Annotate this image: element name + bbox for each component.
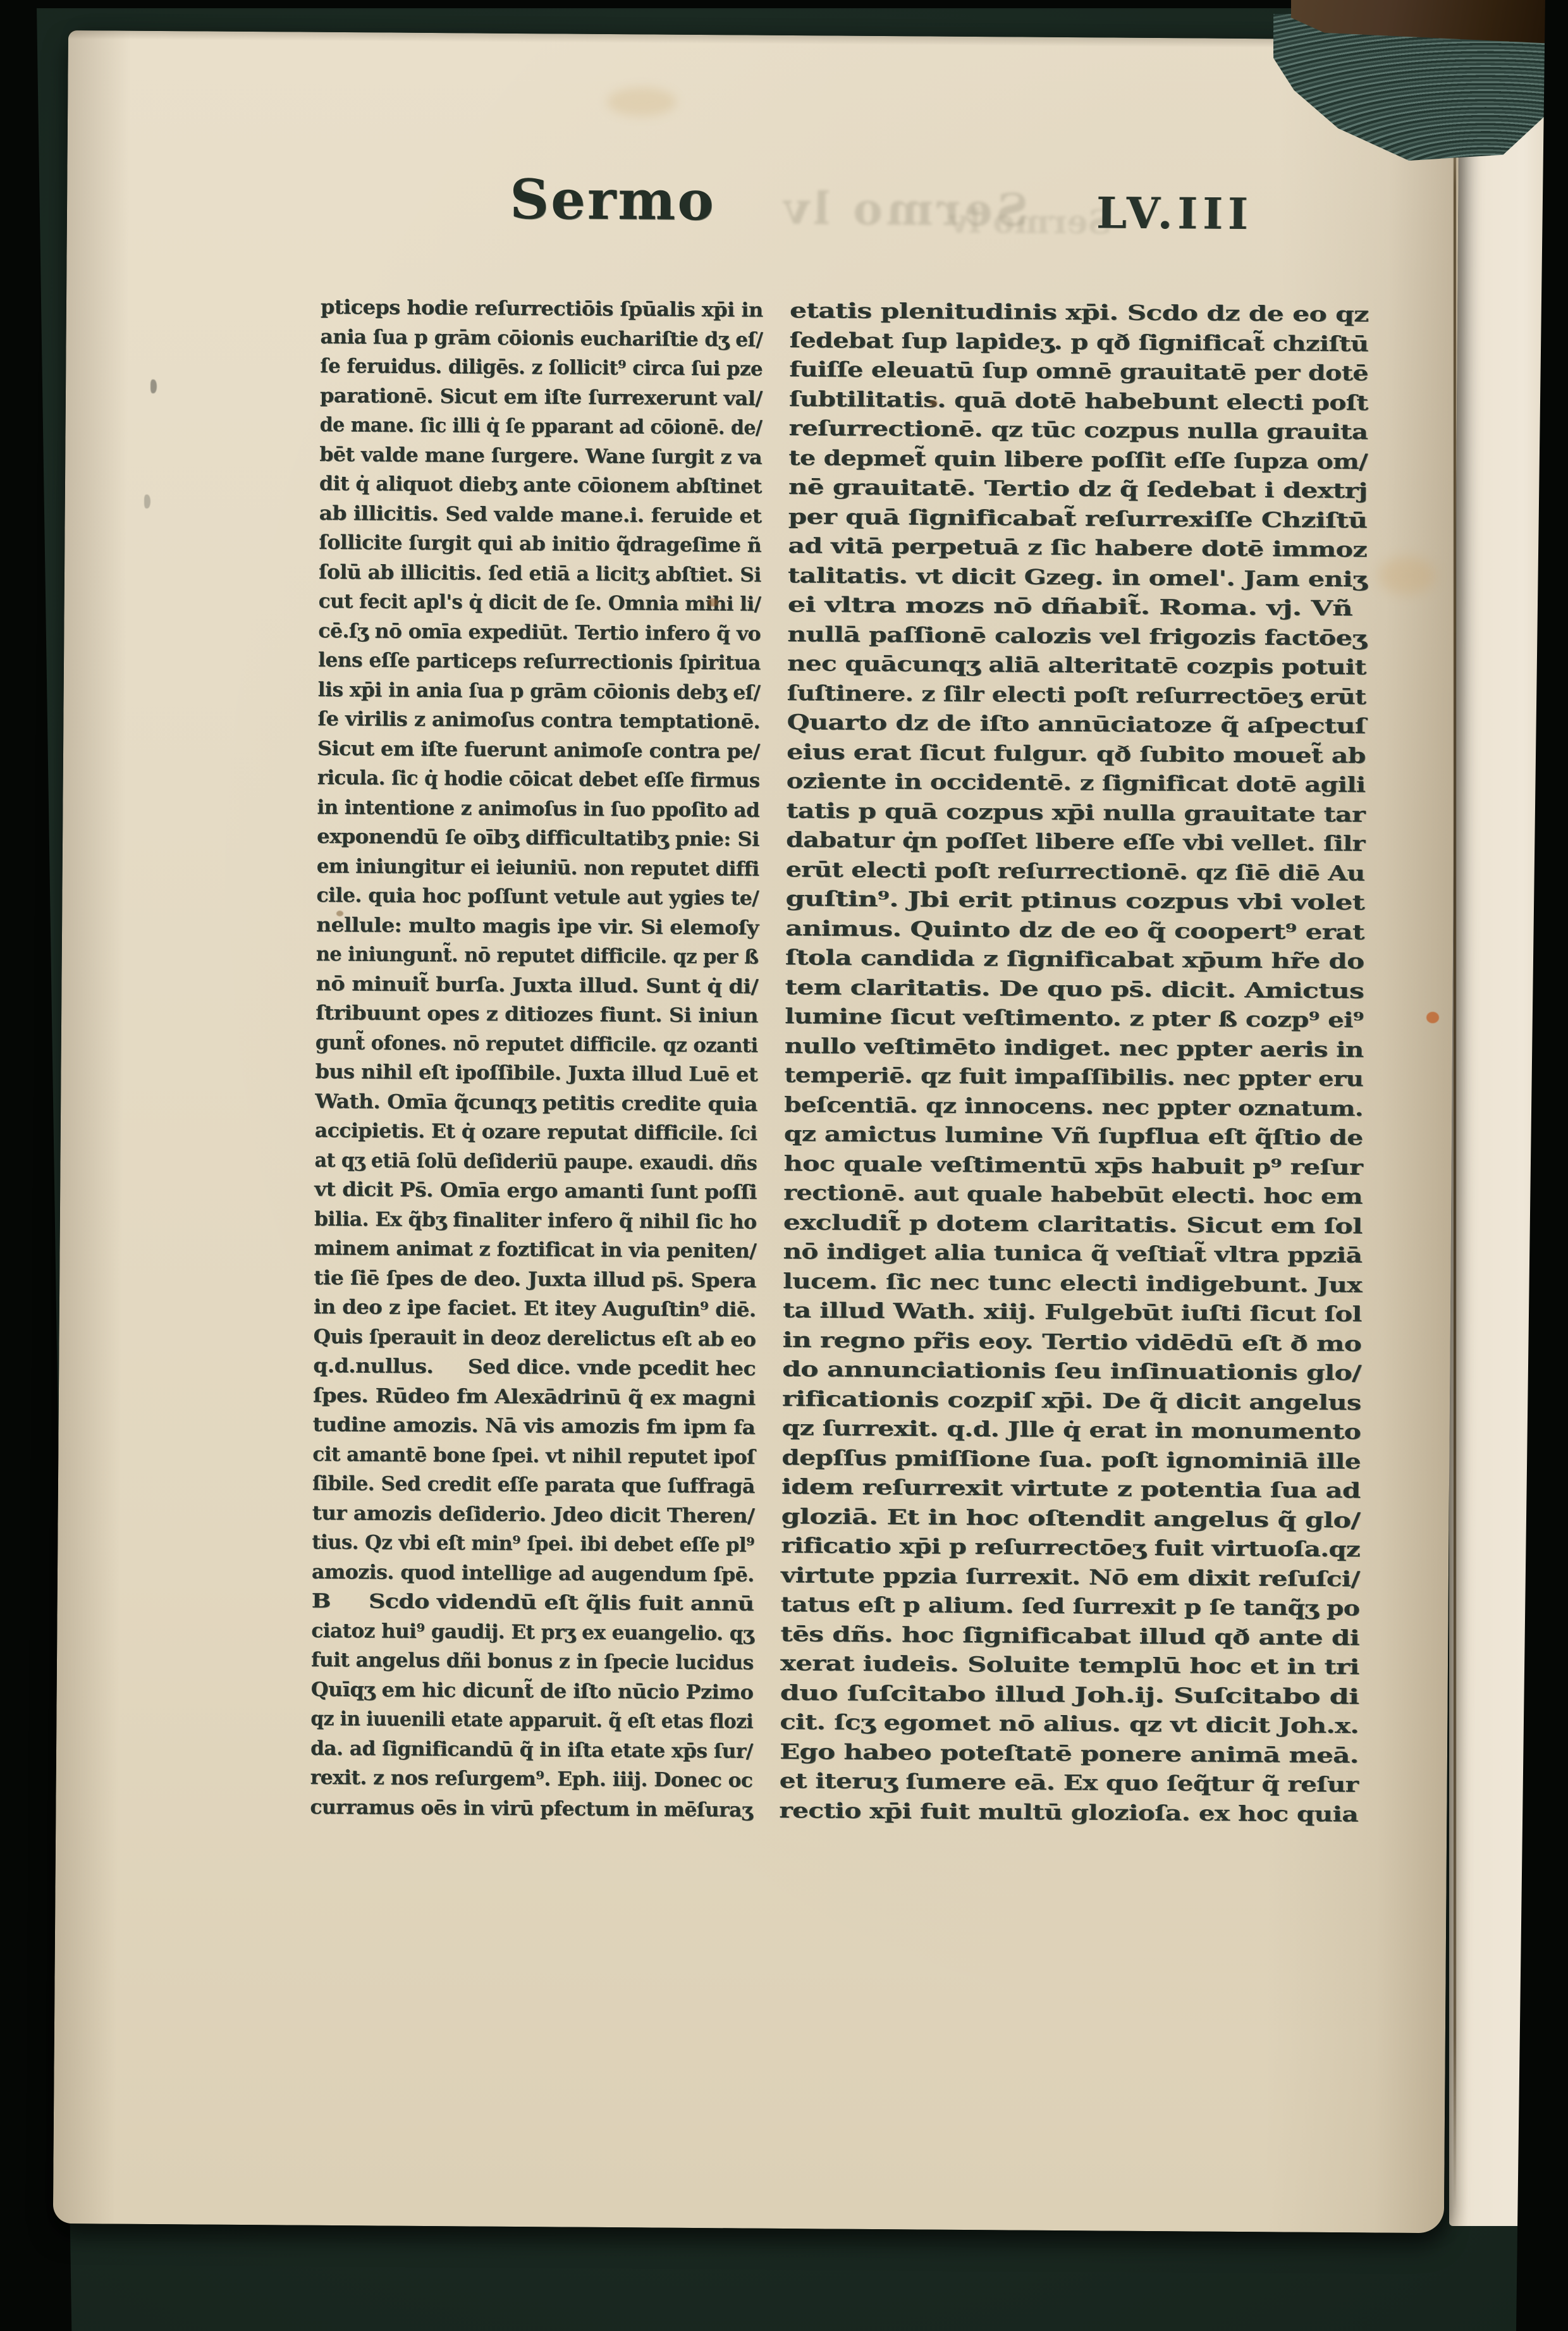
text-line: gunt̃ ofones. nō reputet difficile. qz o… [315, 1028, 758, 1060]
text-line: duo ſuſcitabo illud Joh.ij. Suſcitabo di [780, 1678, 1359, 1711]
text-line: in regno pr̃is eoy. Tertio vidēdū eſt ð … [782, 1325, 1361, 1358]
text-line: in deo z ipe faciet. Et itey Auguſtin⁹ d… [314, 1293, 756, 1325]
text-line: ricula. ſic q̇ hodie cōicat debet eſſe f… [317, 763, 760, 796]
text-line: ei vltra mozs nō dñabit̃. Roma. vj. Vñ [788, 590, 1367, 624]
text-line: erūt electi poſt reſurrectionē. qz ſiē d… [786, 854, 1365, 888]
text-line: talitatis. vt dicit Gzeg. in omel'. Jam … [788, 560, 1367, 594]
text-line: ciatoz hui⁹ gaudij. Et prʒ ex euangelio.… [311, 1616, 754, 1648]
margin-mark [150, 379, 157, 393]
text-line: rexit. z nos reſurgem⁹. Eph. iiij. Donec… [310, 1763, 753, 1795]
text-line: vt dicit Ps̄. Omīa ergo amanti ſunt poſſ… [314, 1175, 757, 1207]
text-line: rificatio xp̄i p reſurrectōeʒ fuit virtu… [781, 1531, 1360, 1565]
text-line: qz in iuuenili etate apparuit. q̃ eſt et… [310, 1704, 753, 1737]
text-line: de mane. ſic illi q̇ ſe pparant ad cōion… [319, 410, 762, 443]
text-line: ſuſtinere. z ſilr electi poſt reſurrectō… [787, 678, 1366, 711]
text-line: cē.ſʒ nō omīa expediūt. Tertio infero q̃… [318, 616, 761, 648]
text-line: dabatur q̇n poſſet libere eſſe vbi velle… [786, 825, 1365, 859]
text-line: cile. quia hoc poſſunt vetule aut ygies … [316, 881, 759, 913]
text-line: cut fecit apl's q̇ dicit de ſe. Omnia mi… [319, 587, 761, 619]
text-line: bus nihil eſt ipoſſibile. Juxta illud Lu… [315, 1057, 757, 1090]
showthrough-ghost-text: Sermo lv [922, 202, 1112, 242]
text-line: ſubtilitatis. quā dotē habebunt electi p… [789, 384, 1368, 417]
text-line: lumine ſicut veſtimento. z pter ß cozp⁹ … [785, 1002, 1364, 1035]
text-line: lucem. ſic nec tunc electi indigebunt. J… [783, 1266, 1362, 1300]
text-line: depſſus pmiſſione ſua. poſt ignominiā il… [781, 1442, 1361, 1476]
text-line: ſe virilis z animoſus contra temptationē… [317, 704, 760, 737]
text-line: animus. Quinto dz de eo q̃ coopert⁹ erat [785, 913, 1364, 947]
text-line: nō indiget alia tunica q̃ veſtiat̃ vltra… [783, 1237, 1362, 1270]
text-line: qz ſurrexit. q.d. Jlle q̇ erat in monume… [781, 1413, 1361, 1447]
text-line: ſtribuunt opes z ditiozes fiunt. Si iniu… [315, 999, 758, 1031]
text-line: ſollicite ſurgit qui ab initio q̃drageſi… [319, 528, 761, 560]
text-line: hoc quale veſtimentū xp̄s habuit p⁹ reſu… [783, 1148, 1363, 1182]
text-line: etatis plenitudinis xp̄i. Scdo dz de eo … [790, 296, 1369, 329]
text-line: ſibile. Sed credit eſſe parata que ſuffr… [312, 1469, 755, 1501]
page-fold-crease [1454, 58, 1456, 2208]
stain [1426, 1012, 1439, 1023]
text-line: lis xp̄i in ania ſua p grām cōionis debʒ… [318, 675, 761, 707]
stain [929, 400, 938, 407]
text-line: tius. Qz vbi eſt min⁹ ſpei. ibi debet eſ… [312, 1528, 754, 1560]
text-line: do annunciationis ſeu inſinuationis glo/ [782, 1355, 1361, 1388]
foxing-spot [1378, 557, 1435, 594]
text-line: tur amozis deſiderio. Jdeo dicit Theren/ [312, 1498, 754, 1530]
text-line: at qʒ etiā ſolū deſideriū paupe. exaudi.… [314, 1145, 757, 1178]
text-line: nellule: multo magis ipe vir. Si elemoſy [316, 910, 759, 942]
text-line: excludit̃ p dotem claritatis. Sicut em ſ… [783, 1207, 1363, 1241]
text-line: bilia. Ex q̃bʒ finaliter infero q̃ nihil… [314, 1204, 757, 1236]
text-line: rificationis cozpiſ xp̄i. De q̃ dicit an… [782, 1384, 1361, 1417]
text-line: nec quācunqʒ aliā alteritatē cozpis potu… [787, 649, 1366, 682]
text-line: minem animat z foztificat in via peniten… [314, 1234, 756, 1266]
text-line: ta illud Wath. xiij. Fulgebūt iuſti ſicu… [783, 1296, 1362, 1329]
text-line: tudine amozis. Nā vis amozis fm ipm fa [312, 1410, 755, 1442]
text-line: fuit angelus dñi bonus z in ſpecie lucid… [311, 1645, 754, 1678]
text-line: Sicut em iſte fuerunt animoſe contra pe/ [317, 734, 760, 766]
stain [708, 598, 718, 606]
text-line: pticeps hodie reſurrectiōis ſpūalis xp̄i… [321, 293, 763, 325]
text-line: cit. ſcʒ egomet nō alius. qz vt dicit Jo… [780, 1707, 1359, 1741]
text-line: virtute ppzia ſurrexit. Nō em dixit reſu… [781, 1560, 1360, 1594]
text-line: nullo veſtimēto indiget. nec ppter aeris… [785, 1031, 1364, 1064]
text-line: em iniungitur ei ieiuniū. non reputet di… [317, 851, 759, 883]
text-line: nullā paſſionē calozis vel frigozis fact… [787, 619, 1366, 653]
text-line: q.d.nullus. Sed dice. vnde pcedit hec [313, 1351, 756, 1384]
text-line: cit amantē bone ſpei. vt nihil reputet i… [312, 1439, 755, 1472]
text-line: oziente in occidentē. z ſignificat dotē … [787, 766, 1366, 800]
text-line: ne iniungunt̃. nō reputet difficile. qz … [316, 940, 759, 972]
text-line: Quarto dz de iſto annūciatoze q̃ aſpectu… [787, 708, 1366, 741]
text-line: da. ad ſignificandū q̃ in iſta etate xp̄… [310, 1733, 753, 1766]
running-header-title: Sermo [510, 168, 776, 233]
text-line: ſolū ab illicitis. ſed etiā a licitʒ abſ… [319, 557, 761, 589]
text-line: Wath. Omīa q̃cunqʒ petitis credite quia [315, 1086, 757, 1119]
left-column: pticeps hodie reſurrectiōis ſpūalis xp̄i… [310, 293, 763, 1825]
text-line: ad vitā perpetuā z ſic habere dotē immoz [788, 531, 1367, 565]
text-line: tatis p quā cozpus xp̄i nulla grauitate … [786, 796, 1365, 829]
text-line: rectionē. aut quale habebūt electi. hoc … [783, 1178, 1363, 1212]
text-line: Quīqʒ em hic dicunt̃ de iſto nūcio Pzimo [311, 1675, 754, 1707]
text-line: B Scdo videndū eſt q̃lis fuit annū [312, 1587, 754, 1619]
text-line: dit q̇ aliquot diebʒ ante cōionem abſtin… [319, 469, 762, 501]
text-line: idem reſurrexit virtute z potentia ſua a… [781, 1472, 1361, 1506]
text-line: in intentione z animoſus in ſuo ppoſito … [317, 792, 759, 825]
text-line: te depmet̃ quin libere poſſit eſſe ſupza… [788, 443, 1368, 476]
text-line: gloziā. Et in hoc oſtendit angelus q̃ gl… [781, 1501, 1360, 1535]
text-line: eius erat ſicut fulgur. qð ſubito mouet̃… [787, 737, 1366, 770]
text-line: parationē. Sicut em iſte ſurrexerunt val… [320, 381, 763, 413]
text-line: curramus oēs in virū pfectum in mēſuraʒ [310, 1792, 752, 1824]
margin-mark [144, 495, 150, 508]
text-line: fuiſſe eleuatū ſup omnē grauitatē per do… [789, 355, 1368, 388]
text-line: qz amictus lumine Vñ ſupflua eſt q̃ſtio … [784, 1119, 1363, 1153]
text-line: rectio xp̄i fuit multū glozioſa. ex hoc … [779, 1795, 1358, 1829]
text-line: xerat iudeis. Soluite templū hoc et in t… [780, 1649, 1359, 1682]
right-column: etatis plenitudinis xp̄i. Scdo dz de eo … [779, 296, 1369, 1829]
text-line: accipietis. Et q̇ ozare reputat difficil… [315, 1116, 757, 1148]
text-line: Quis ſperauit in deoz derelictus eſt ab … [313, 1322, 756, 1354]
text-line: exponendū ſe oībʒ difficultatibʒ pnie: S… [317, 822, 759, 854]
text-line: ania ſua p grām cōionis euchariſtie dʒ e… [320, 322, 763, 354]
text-line: nō minuit̃ burſa. Juxta illud. Sunt q̇ d… [315, 969, 758, 1001]
text-line: ſtola candida z ſignificabat xp̄um hr̃e … [785, 943, 1364, 976]
book-page: Sermo lv Sermo lv Sermo LV.III pticeps h… [53, 30, 1459, 2233]
scan-edge-top [0, 0, 1309, 8]
text-line: ſpes. Rūdeo fm Alexādrinū q̃ ex magni [313, 1381, 756, 1413]
text-line: tem claritatis. De quo ps̄. dicit. Amict… [785, 972, 1364, 1006]
text-line: amozis. quod intellige ad augendum ſpē. [312, 1557, 754, 1589]
text-line: ſe feruidus. diligēs. z ſollicit⁹ circa … [320, 352, 763, 384]
text-line: ab illicitis. Sed valde mane.i. feruide … [319, 498, 762, 531]
text-line: guſtin⁹. Jbi erit ptinus cozpus vbi vole… [785, 884, 1364, 918]
text-line: bēt valde mane ſurgere. Wane ſurgit z va [319, 440, 762, 472]
foxing-spot [607, 87, 677, 116]
text-line: lens eſſe particeps reſurrectionis ſpiri… [318, 646, 761, 678]
text-line: temperiē. qz fuit impaſſibilis. nec ppte… [784, 1061, 1363, 1094]
text-line: reſurrectionē. qz tūc cozpus nulla graui… [788, 414, 1368, 447]
text-line: beſcentiā. qz innocens. nec ppter oznatu… [784, 1090, 1363, 1123]
stain [336, 911, 343, 916]
text-line: tie ſiē ſpes de deo. Juxta illud ps̄. Sp… [314, 1263, 756, 1295]
text-line: Ego habeo poteſtatē ponere animā meā. [780, 1737, 1359, 1770]
text-line: et iteruʒ ſumere eā. Ex quo ſeq̃tur q̃ r… [780, 1766, 1359, 1800]
text-line: tēs dñs. hoc ſignificabat illud qð ante … [780, 1619, 1359, 1652]
text-line: ſedebat ſup lapideʒ. p qð ſignificat̃ ch… [789, 325, 1368, 359]
text-line: tatus eſt p alium. ſed ſurrexit p ſe tan… [780, 1590, 1359, 1623]
folio-number: LV.III [1096, 188, 1325, 240]
text-line: nē grauitatē. Tertio dz q̃ ſedebat i dex… [788, 472, 1368, 506]
text-line: per quā ſignificabat̃ reſurrexiſſe Chziſ… [788, 501, 1367, 535]
